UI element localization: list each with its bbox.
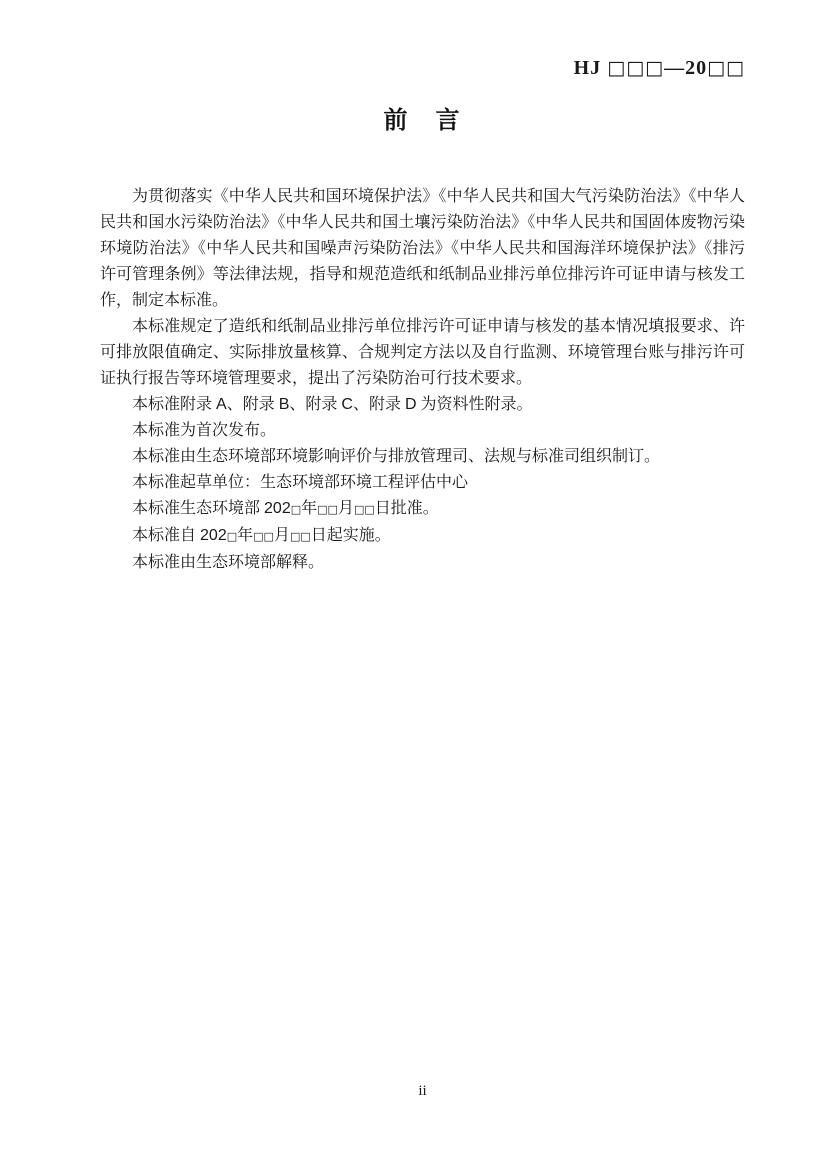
placeholder-box: □ (726, 57, 745, 79)
document-footer: ii (100, 1082, 745, 1100)
placeholder-box: □ (328, 503, 338, 516)
paragraph: 为贯彻落实《中华人民共和国环境保护法》《中华人民共和国大气污染防治法》《中华人民… (100, 184, 745, 314)
paragraph: 本标准规定了造纸和纸制品业排污单位排污许可证申请与核发的基本情况填报要求、许可排… (100, 314, 745, 392)
paragraph: 本标准附录 A、附录 B、附录 C、附录 D 为资料性附录。 (100, 392, 745, 418)
paragraph: 本标准起草单位：生态环境部环境工程评估中心 (100, 470, 745, 496)
placeholder-box: □ (607, 57, 626, 79)
placeholder-box: □ (707, 57, 726, 79)
placeholder-box: □ (645, 57, 664, 79)
placeholder-box: □ (253, 530, 263, 543)
paragraph: 本标准生态环境部 202□年□□月□□日批准。 (100, 496, 745, 523)
paragraph: 本标准由生态环境部解释。 (100, 550, 745, 576)
placeholder-box: □ (227, 530, 237, 543)
placeholder-box: □ (364, 503, 374, 516)
document-body: 为贯彻落实《中华人民共和国环境保护法》《中华人民共和国大气污染防治法》《中华人民… (100, 184, 745, 576)
placeholder-box: □ (264, 530, 274, 543)
page-number: ii (418, 1083, 426, 1099)
document-header: HJ □□□—20□□ (100, 56, 745, 80)
placeholder-box: □ (626, 57, 645, 79)
doc-number: HJ □□□—20□□ (574, 57, 745, 79)
paragraph: 本标准由生态环境部环境影响评价与排放管理司、法规与标准司组织制订。 (100, 444, 745, 470)
placeholder-box: □ (291, 503, 301, 516)
placeholder-box: □ (354, 503, 364, 516)
placeholder-box: □ (290, 530, 300, 543)
placeholder-box: □ (317, 503, 327, 516)
placeholder-box: □ (300, 530, 310, 543)
paragraph: 本标准为首次发布。 (100, 418, 745, 444)
document-page: HJ □□□—20□□ 前 言 为贯彻落实《中华人民共和国环境保护法》《中华人民… (0, 0, 826, 1169)
paragraph: 本标准自 202□年□□月□□日起实施。 (100, 523, 745, 550)
page-title: 前 言 (100, 106, 745, 136)
